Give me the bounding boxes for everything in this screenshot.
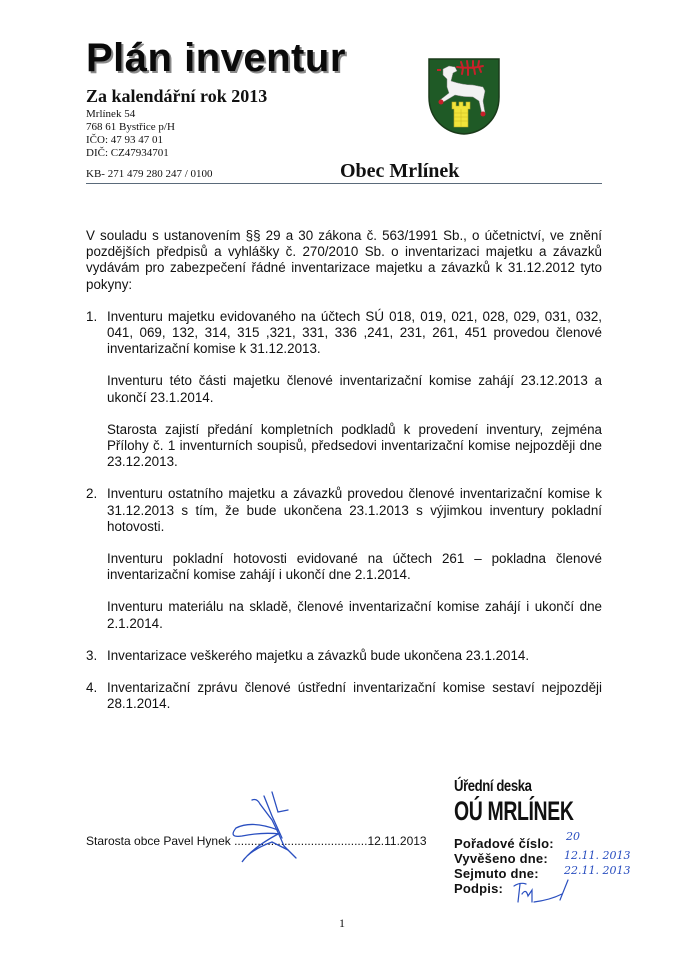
- document-subtitle: Za kalendářní rok 2013: [86, 86, 267, 106]
- stamp-posted-value: 12.11. 2013: [564, 849, 630, 862]
- stamp-signature-icon: [510, 876, 580, 906]
- list-number: 1.: [86, 309, 97, 325]
- list-paragraph: Inventuru materiálu na skladě, členové i…: [107, 599, 602, 631]
- coat-of-arms-icon: [427, 57, 501, 135]
- intro-paragraph: V souladu s ustanovením §§ 29 a 30 zákon…: [86, 228, 602, 293]
- stamp-posted-label: Vyvěšeno dne:: [454, 851, 548, 866]
- list-number: 3.: [86, 648, 97, 664]
- stamp-title: Úřední deska: [454, 778, 531, 796]
- document-body: V souladu s ustanovením §§ 29 a 30 zákon…: [86, 228, 602, 728]
- header-divider: [86, 183, 602, 184]
- page-number: 1: [339, 916, 345, 931]
- address-line: 768 61 Bystřice p/H: [86, 121, 175, 134]
- list-item: 2. Inventuru ostatního majetku a závazků…: [86, 486, 602, 631]
- list-paragraph: Inventuru ostatního majetku a závazků pr…: [107, 486, 602, 535]
- stamp-office: OÚ MRLÍNEK: [454, 796, 574, 827]
- notice-board-stamp: Úřední deska OÚ MRLÍNEK Pořadové číslo: …: [454, 778, 654, 908]
- address-line: DIČ: CZ47934701: [86, 147, 175, 160]
- document-page: Plán inventur Za kalendářní rok 2013 Mrl…: [0, 0, 700, 964]
- list-number: 2.: [86, 486, 97, 502]
- document-title: Plán inventur: [86, 36, 346, 80]
- list-item: 1. Inventuru majetku evidovaného na účte…: [86, 309, 602, 471]
- list-paragraph: Inventuru majetku evidovaného na účtech …: [107, 309, 602, 358]
- list-item: 4. Inventarizační zprávu členové ústředn…: [86, 680, 602, 712]
- bank-account: KB- 271 479 280 247 / 0100: [86, 168, 213, 180]
- address-block: Mrlínek 54 768 61 Bystřice p/H IČO: 47 9…: [86, 108, 175, 160]
- stamp-order-value: 20: [566, 830, 580, 843]
- stamp-order-label: Pořadové číslo:: [454, 836, 554, 851]
- list-item: 3. Inventarizace veškerého majetku a záv…: [86, 648, 602, 664]
- address-line: Mrlínek 54: [86, 108, 175, 121]
- list-paragraph: Inventarizační zprávu členové ústřední i…: [107, 680, 602, 712]
- list-number: 4.: [86, 680, 97, 696]
- list-paragraph: Inventuru této části majetku členové inv…: [107, 373, 602, 405]
- list-paragraph: Inventuru pokladní hotovosti evidované n…: [107, 551, 602, 583]
- address-line: IČO: 47 93 47 01: [86, 134, 175, 147]
- handwritten-signature-icon: [222, 790, 322, 870]
- list-paragraph: Inventarizace veškerého majetku a závazk…: [107, 648, 602, 664]
- list-paragraph: Starosta zajistí předání kompletních pod…: [107, 422, 602, 471]
- municipality-name: Obec Mrlínek: [340, 160, 459, 183]
- stamp-signature-label: Podpis:: [454, 881, 503, 896]
